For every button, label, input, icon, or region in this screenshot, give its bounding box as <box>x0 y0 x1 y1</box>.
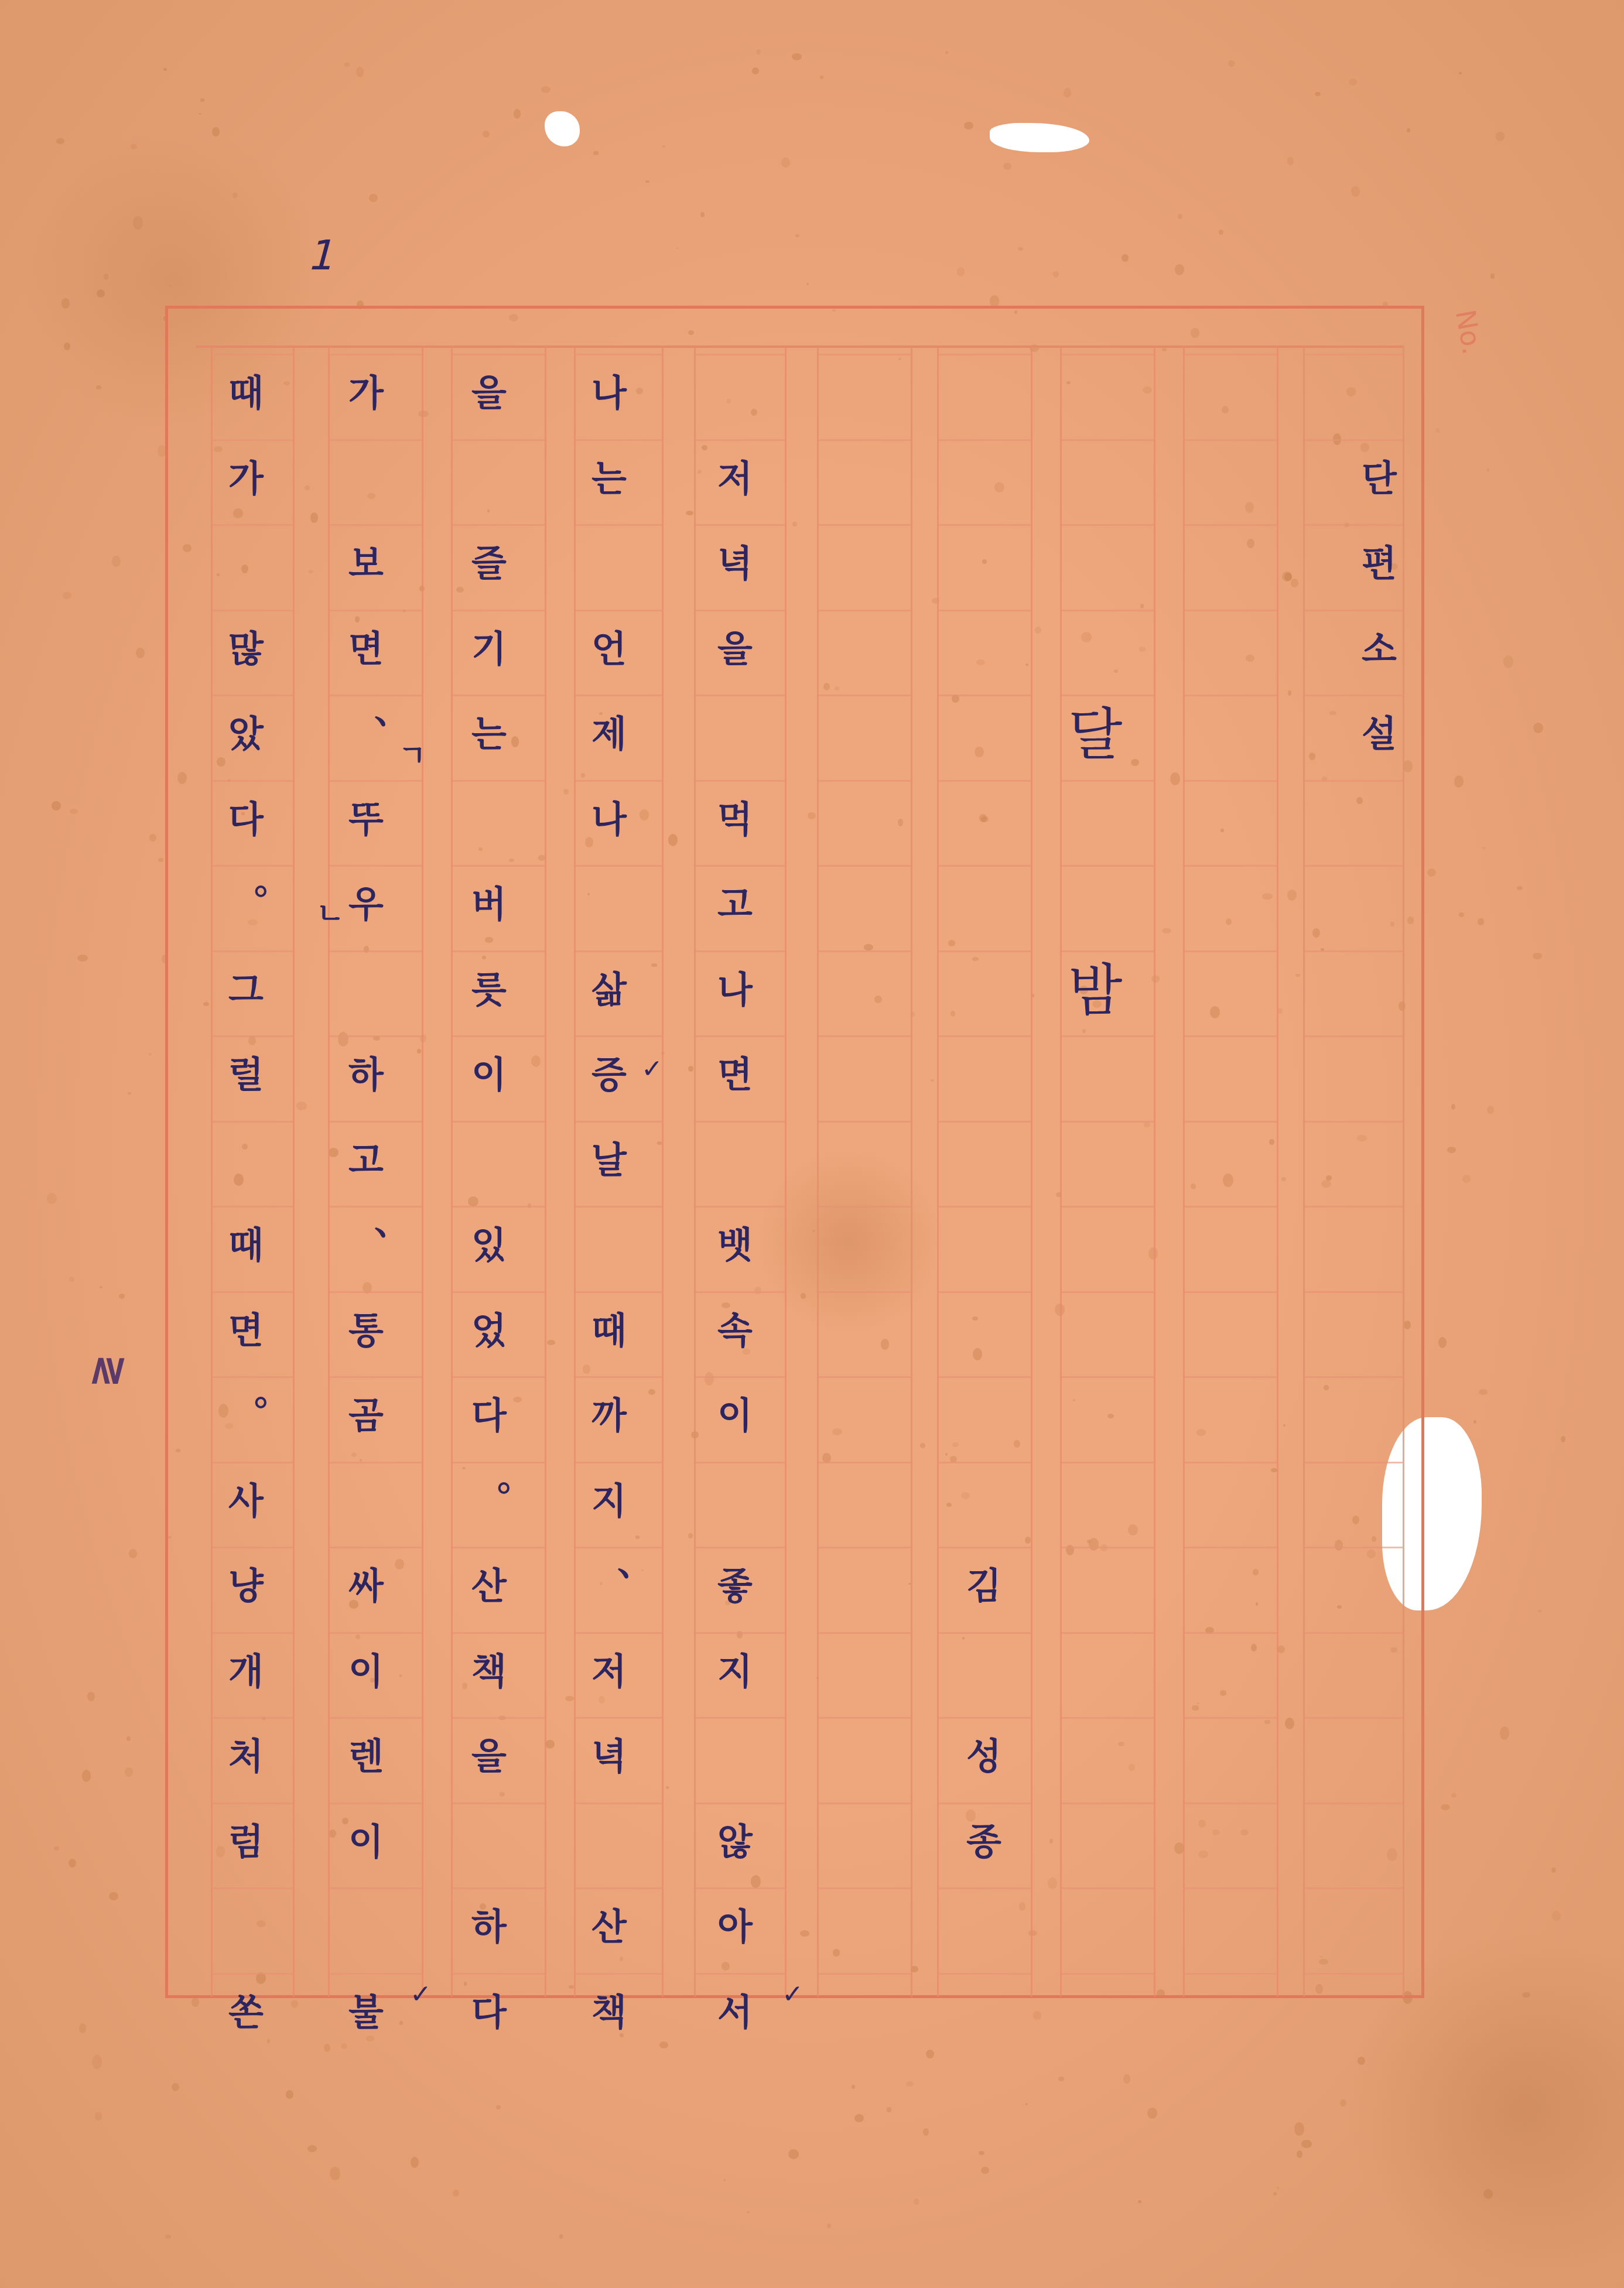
foxing-speck <box>136 648 144 659</box>
grid-horizontal-line <box>937 1803 1031 1804</box>
grid-vertical-line <box>694 346 696 1997</box>
grid-horizontal-line <box>817 1121 911 1123</box>
foxing-speck <box>307 2145 317 2152</box>
foxing-speck <box>1053 271 1059 278</box>
foxing-speck <box>1473 1420 1476 1424</box>
grid-horizontal-line <box>211 1121 293 1123</box>
foxing-speck <box>1407 128 1410 132</box>
grid-vertical-line <box>1154 346 1155 1997</box>
grid-horizontal-line <box>451 1717 545 1719</box>
body-text-char: 나 <box>574 375 644 412</box>
foxing-speck <box>77 955 88 962</box>
grid-horizontal-line <box>451 695 545 696</box>
grid-vertical-line <box>328 346 330 1997</box>
grid-horizontal-line <box>694 1376 785 1378</box>
grid-horizontal-line <box>694 354 785 355</box>
title-char: 밤 <box>1060 962 1130 1018</box>
grid-horizontal-line <box>817 524 911 526</box>
grid-horizontal-line <box>328 1717 422 1719</box>
foxing-speck <box>541 86 551 93</box>
grid-vertical-line <box>1277 346 1278 1997</box>
grid-horizontal-line <box>1303 1121 1403 1123</box>
margin-annotation: ≷ <box>87 1354 135 1388</box>
body-text-char: 。 <box>480 1460 551 1496</box>
foxing-speck <box>1533 723 1543 733</box>
body-text-char: 처 <box>211 1739 281 1775</box>
grid-horizontal-line <box>328 1376 422 1378</box>
foxing-speck <box>1228 60 1235 67</box>
grid-horizontal-line <box>1303 1973 1403 1975</box>
grid-horizontal-line <box>1060 1035 1154 1037</box>
grid-horizontal-line <box>451 1973 545 1975</box>
body-text-char: 나 <box>574 802 644 838</box>
foxing-speck <box>923 2128 929 2136</box>
body-text-char: 이 <box>700 1398 770 1434</box>
grid-horizontal-line <box>211 524 293 526</box>
grid-horizontal-line <box>574 1121 662 1123</box>
grid-horizontal-line <box>694 780 785 782</box>
grid-horizontal-line <box>328 1803 422 1804</box>
genre-label-char: 단 <box>1344 461 1414 497</box>
edit-mark: ✓ <box>782 1979 804 2009</box>
body-text-char: 릇 <box>454 972 524 1008</box>
grid-horizontal-line <box>211 354 293 355</box>
foxing-speck <box>792 53 802 60</box>
foxing-speck <box>1533 953 1542 960</box>
foxing-speck <box>1479 1389 1488 1395</box>
foxing-speck <box>676 248 679 249</box>
grid-horizontal-line <box>211 1462 293 1463</box>
grid-horizontal-line <box>211 610 293 611</box>
foxing-speck <box>1462 1175 1471 1182</box>
grid-horizontal-line <box>451 1035 545 1037</box>
grid-horizontal-line <box>574 354 662 355</box>
grid-horizontal-line <box>694 524 785 526</box>
grid-horizontal-line <box>937 1973 1031 1975</box>
grid-horizontal-line <box>817 1887 911 1889</box>
grid-horizontal-line <box>1303 1376 1403 1378</box>
grid-horizontal-line <box>211 1973 293 1975</box>
grid-horizontal-line <box>937 950 1031 952</box>
author-char: 종 <box>949 1824 1019 1861</box>
grid-horizontal-line <box>694 1887 785 1889</box>
body-text-char: 이 <box>331 1824 401 1861</box>
edit-mark: ✓ <box>641 1054 663 1084</box>
foxing-speck <box>483 131 489 137</box>
grid-horizontal-line <box>1183 1462 1277 1463</box>
body-text-char: 을 <box>454 1739 524 1775</box>
grid-horizontal-line <box>1183 1547 1277 1548</box>
grid-horizontal-line <box>574 524 662 526</box>
foxing-speck <box>1273 2192 1277 2196</box>
foxing-speck <box>63 592 71 599</box>
grid-horizontal-line <box>1060 1973 1154 1975</box>
body-text-char: 고 <box>700 887 770 923</box>
grid-horizontal-line <box>1183 1803 1277 1804</box>
body-text-char: 렌 <box>331 1739 401 1775</box>
grid-horizontal-line <box>1060 1803 1154 1804</box>
body-text-char: 럴 <box>211 1057 281 1093</box>
grid-horizontal-line <box>817 780 911 782</box>
grid-horizontal-line <box>694 695 785 696</box>
grid-horizontal-line <box>1183 865 1277 867</box>
grid-vertical-line <box>817 346 819 1997</box>
grid-vertical-line <box>1303 346 1305 1997</box>
body-text-char: 나 <box>700 972 770 1008</box>
edit-mark: ✓ <box>410 1979 432 2009</box>
edit-mark: ㄴ <box>316 890 344 932</box>
body-text-char: 이 <box>331 1654 401 1690</box>
grid-horizontal-line <box>1303 354 1403 355</box>
foxing-speck <box>366 2036 374 2041</box>
grid-horizontal-line <box>1060 439 1154 441</box>
genre-label-char: 편 <box>1344 546 1414 582</box>
foxing-speck <box>1459 72 1461 75</box>
grid-vertical-line <box>545 346 546 1997</box>
grid-horizontal-line <box>574 610 662 611</box>
grid-horizontal-line <box>937 1717 1031 1719</box>
grid-horizontal-line <box>328 1632 422 1634</box>
foxing-speck <box>199 113 201 115</box>
foxing-speck <box>620 2033 624 2037</box>
foxing-speck <box>95 2112 102 2120</box>
grid-horizontal-line <box>328 950 422 952</box>
grid-horizontal-line <box>328 1887 422 1889</box>
foxing-speck <box>1496 132 1505 142</box>
foxing-speck <box>125 1767 133 1777</box>
grid-horizontal-line <box>574 1376 662 1378</box>
grid-horizontal-line <box>1060 1717 1154 1719</box>
foxing-speck <box>330 2167 340 2180</box>
grid-horizontal-line <box>694 1291 785 1293</box>
body-text-char: 싸 <box>331 1568 401 1605</box>
grid-horizontal-line <box>574 1462 662 1463</box>
grid-horizontal-line <box>817 354 911 355</box>
foxing-speck <box>1487 1106 1494 1114</box>
body-text-char: 가 <box>331 375 401 412</box>
foxing-speck <box>1447 1147 1456 1152</box>
foxing-speck <box>100 1286 102 1288</box>
grid-horizontal-line <box>1060 1547 1154 1548</box>
grid-horizontal-line <box>694 1035 785 1037</box>
grid-horizontal-line <box>817 1206 911 1208</box>
foxing-speck <box>1522 1992 1530 1998</box>
foxing-speck <box>109 1892 118 1900</box>
body-text-char: 뚜 <box>331 802 401 838</box>
grid-horizontal-line <box>1060 865 1154 867</box>
foxing-speck <box>200 98 204 102</box>
body-text-char: 녁 <box>700 546 770 582</box>
body-text-char: 있 <box>454 1227 524 1264</box>
grid-horizontal-line <box>1303 524 1403 526</box>
body-text-char: 았 <box>211 716 281 753</box>
grid-horizontal-line <box>451 1121 545 1123</box>
foxing-speck <box>356 67 364 77</box>
grid-horizontal-line <box>574 1035 662 1037</box>
body-text-char: 는 <box>574 461 644 497</box>
foxing-speck <box>827 2224 831 2228</box>
grid-horizontal-line <box>1183 780 1277 782</box>
grid-horizontal-line <box>937 865 1031 867</box>
grid-horizontal-line <box>451 1206 545 1208</box>
grid-horizontal-line <box>1183 524 1277 526</box>
foxing-speck <box>411 2157 419 2168</box>
foxing-speck <box>1538 1610 1541 1612</box>
grid-horizontal-line <box>1183 1291 1277 1293</box>
grid-horizontal-line <box>937 354 1031 355</box>
grid-horizontal-line <box>937 1887 1031 1889</box>
body-text-char: 제 <box>574 716 644 753</box>
body-text-char: 보 <box>331 546 401 582</box>
grid-horizontal-line <box>1303 1206 1403 1208</box>
grid-horizontal-line <box>937 1632 1031 1634</box>
grid-horizontal-line <box>1303 1462 1403 1463</box>
body-text-char: 을 <box>700 631 770 668</box>
body-text-char: 녁 <box>574 1739 644 1775</box>
foxing-speck <box>852 2085 855 2089</box>
grid-horizontal-line <box>1183 695 1277 696</box>
grid-horizontal-line <box>817 439 911 441</box>
grid-horizontal-line <box>451 780 545 782</box>
foxing-speck <box>752 67 759 74</box>
grid-horizontal-line <box>937 439 1031 441</box>
foxing-speck <box>131 144 137 149</box>
grid-horizontal-line <box>211 439 293 441</box>
body-text-char: 날 <box>574 1143 644 1179</box>
body-text-char: 그 <box>211 972 281 1008</box>
body-text-char: 는 <box>454 716 524 753</box>
body-text-char: 하 <box>454 1909 524 1945</box>
foxing-speck <box>54 1846 59 1851</box>
grid-vertical-line <box>1403 346 1404 1997</box>
grid-horizontal-line <box>1303 780 1403 782</box>
foxing-speck <box>1441 1804 1449 1810</box>
grid-horizontal-line <box>211 1803 293 1804</box>
body-text-char: 면 <box>700 1057 770 1093</box>
grid-vertical-line <box>662 346 664 1997</box>
foxing-speck <box>1438 1337 1447 1348</box>
grid-horizontal-line <box>1303 950 1403 952</box>
grid-horizontal-line <box>1060 1632 1154 1634</box>
body-text-char: 、 <box>357 693 428 729</box>
body-text-char: 않 <box>700 1824 770 1861</box>
grid-horizontal-line <box>694 610 785 611</box>
grid-horizontal-line <box>328 1121 422 1123</box>
foxing-speck <box>981 2167 989 2174</box>
grid-horizontal-line <box>694 1803 785 1804</box>
genre-label-char: 설 <box>1344 716 1414 753</box>
body-text-char: 쏜 <box>211 1995 281 2031</box>
foxing-speck <box>126 1736 131 1740</box>
body-text-char: 지 <box>574 1483 644 1520</box>
foxing-speck <box>344 63 349 67</box>
body-text-char: 때 <box>574 1313 644 1349</box>
grid-horizontal-line <box>1060 1887 1154 1889</box>
grid-horizontal-line <box>328 780 422 782</box>
edit-mark: ㄱ <box>398 732 426 774</box>
grid-vertical-line <box>785 346 787 1997</box>
foxing-speck <box>87 1692 94 1701</box>
grid-horizontal-line <box>1060 1206 1154 1208</box>
grid-horizontal-line <box>1303 610 1403 611</box>
grid-horizontal-line <box>817 1291 911 1293</box>
foxing-speck <box>82 1770 91 1782</box>
body-text-char: 책 <box>574 1995 644 2031</box>
grid-horizontal-line <box>694 1547 785 1548</box>
body-text-char: 언 <box>574 631 644 668</box>
grid-horizontal-line <box>1060 1462 1154 1463</box>
foxing-speck <box>1277 2187 1280 2189</box>
grid-horizontal-line <box>574 1973 662 1975</box>
foxing-speck <box>97 289 105 297</box>
grid-horizontal-line <box>1303 1035 1403 1037</box>
grid-horizontal-line <box>211 695 293 696</box>
grid-horizontal-line <box>574 865 662 867</box>
grid-vertical-line <box>451 346 453 1997</box>
grid-horizontal-line <box>1060 610 1154 611</box>
foxing-speck <box>69 1277 74 1282</box>
grid-horizontal-line <box>817 1973 911 1975</box>
body-text-char: 다 <box>454 1398 524 1434</box>
grid-horizontal-line <box>451 439 545 441</box>
grid-horizontal-line <box>451 1291 545 1293</box>
grid-horizontal-line <box>328 1035 422 1037</box>
grid-horizontal-line <box>937 780 1031 782</box>
foxing-speck <box>1122 254 1129 261</box>
grid-vertical-line <box>937 346 939 1997</box>
body-text-char: 을 <box>454 375 524 412</box>
grid-horizontal-line <box>817 950 911 952</box>
grid-horizontal-line <box>1183 354 1277 355</box>
foxing-speck <box>1147 2108 1157 2119</box>
grid-horizontal-line <box>1303 1803 1403 1804</box>
grid-horizontal-line <box>451 354 545 355</box>
foxing-speck <box>887 2107 891 2112</box>
body-text-char: 、 <box>357 1204 428 1240</box>
body-text-char: 좋 <box>700 1568 770 1605</box>
body-text-char: 많 <box>211 631 281 668</box>
foxing-speck <box>1003 163 1011 170</box>
grid-horizontal-line <box>937 695 1031 696</box>
grid-vertical-line <box>1060 346 1062 1997</box>
grid-horizontal-line <box>694 1462 785 1463</box>
grid-horizontal-line <box>937 1376 1031 1378</box>
grid-horizontal-line <box>817 1035 911 1037</box>
foxing-speck <box>795 234 799 237</box>
grid-horizontal-line <box>328 865 422 867</box>
body-text-char: 。 <box>237 863 307 900</box>
grid-vertical-line <box>911 346 912 1997</box>
grid-horizontal-line <box>937 1035 1031 1037</box>
body-text-char: 럼 <box>211 1824 281 1861</box>
grid-horizontal-line <box>694 1206 785 1208</box>
foxing-speck <box>61 298 70 308</box>
foxing-speck <box>64 343 71 350</box>
grid-horizontal-line <box>694 1717 785 1719</box>
body-text-char: 사 <box>211 1483 281 1520</box>
foxing-speck <box>1487 468 1489 471</box>
grid-horizontal-line <box>574 1887 662 1889</box>
body-text-char: 책 <box>454 1654 524 1690</box>
foxing-speck <box>1459 912 1464 917</box>
grid-horizontal-line <box>817 1547 911 1548</box>
grid-horizontal-line <box>574 950 662 952</box>
body-text-char: 개 <box>211 1654 281 1690</box>
foxing-speck <box>1552 1911 1560 1921</box>
foxing-speck <box>92 2055 102 2069</box>
grid-horizontal-line <box>1060 780 1154 782</box>
grid-horizontal-line <box>1303 439 1403 441</box>
grid-horizontal-line <box>937 1462 1031 1463</box>
body-text-char: 먹 <box>700 802 770 838</box>
body-text-char: 때 <box>211 375 281 412</box>
grid-horizontal-line <box>211 780 293 782</box>
foxing-speck <box>172 2083 179 2091</box>
foxing-speck <box>945 51 948 53</box>
foxing-speck <box>163 68 167 71</box>
body-text-char: 지 <box>700 1654 770 1690</box>
foxing-speck <box>1123 2074 1130 2083</box>
grid-horizontal-line <box>328 1973 422 1975</box>
grid-vertical-line <box>293 346 295 1997</box>
body-text-char: 、 <box>600 1545 671 1581</box>
body-text-char: 고 <box>331 1143 401 1179</box>
grid-horizontal-line <box>574 439 662 441</box>
grid-horizontal-line <box>211 1035 293 1037</box>
grid-horizontal-line <box>574 1206 662 1208</box>
body-text-char: 면 <box>331 631 401 668</box>
foxing-speck <box>1297 2150 1302 2158</box>
grid-horizontal-line <box>694 950 785 952</box>
grid-horizontal-line <box>937 1291 1031 1293</box>
body-text-char: 다 <box>454 1995 524 2031</box>
grid-horizontal-line <box>1060 695 1154 696</box>
grid-vertical-line <box>422 346 423 1997</box>
body-text-char: 。 <box>237 1374 307 1411</box>
foxing-speck <box>1500 1726 1509 1739</box>
body-text-char: 증 <box>574 1057 644 1093</box>
grid-horizontal-line <box>211 1547 293 1548</box>
body-text-char: 다 <box>211 802 281 838</box>
grid-horizontal-line <box>574 1803 662 1804</box>
grid-horizontal-line <box>1183 950 1277 952</box>
grid-horizontal-line <box>1183 610 1277 611</box>
grid-horizontal-line <box>451 524 545 526</box>
foxing-speck <box>496 2105 501 2110</box>
grid-horizontal-line <box>1303 1632 1403 1634</box>
foxing-speck <box>56 138 64 144</box>
body-text-char: 불 <box>331 1995 401 2031</box>
foxing-speck <box>133 216 143 230</box>
grid-horizontal-line <box>1060 354 1154 355</box>
grid-horizontal-line <box>1183 1206 1277 1208</box>
foxing-speck <box>926 2050 934 2058</box>
grid-horizontal-line <box>574 1717 662 1719</box>
grid-horizontal-line <box>328 354 422 355</box>
grid-horizontal-line <box>451 1803 545 1804</box>
grid-horizontal-line <box>817 865 911 867</box>
body-text-char: 이 <box>454 1057 524 1093</box>
grid-horizontal-line <box>451 1547 545 1548</box>
body-text-char: 서 <box>700 1995 770 2031</box>
grid-horizontal-line <box>694 439 785 441</box>
foxing-speck <box>645 180 649 183</box>
foxing-speck <box>1058 2077 1064 2081</box>
grid-horizontal-line <box>211 1632 293 1634</box>
foxing-speck <box>1301 2140 1311 2147</box>
body-text-char: 저 <box>700 461 770 497</box>
author-char: 김 <box>949 1568 1019 1605</box>
